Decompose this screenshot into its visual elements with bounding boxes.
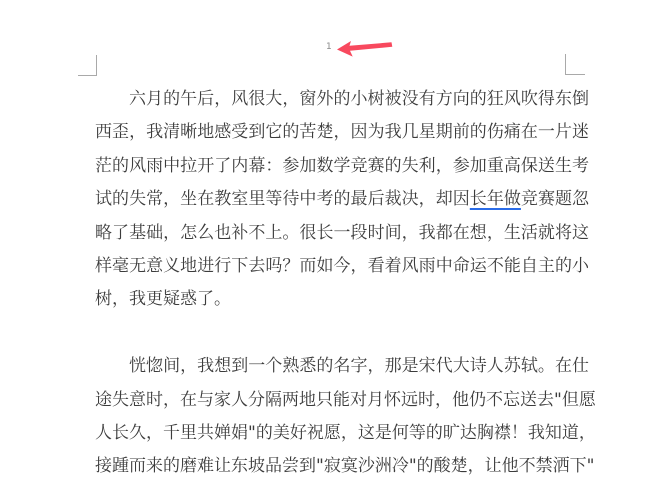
text-line[interactable]: 恍惚间，我想到一个熟悉的名字，那是宋代大诗人苏轼。在仕 bbox=[95, 350, 589, 383]
text-line[interactable]: 样毫无意义地进行下去吗？而如今，看着风雨中命运不能自主的小 bbox=[95, 250, 589, 283]
document-text-area[interactable]: 六月的午后，风很大，窗外的小树被没有方向的狂风吹得东倒 西歪，我清晰地感受到它的… bbox=[95, 83, 589, 484]
header-page-number: 1 bbox=[326, 42, 332, 52]
red-arrow-shape bbox=[337, 41, 392, 57]
margin-mark-top-right bbox=[565, 54, 585, 75]
red-arrow-icon bbox=[337, 40, 393, 57]
paragraph-1: 六月的午后，风很大，窗外的小树被没有方向的狂风吹得东倒 西歪，我清晰地感受到它的… bbox=[95, 83, 589, 317]
text-line[interactable]: 树，我更疑惑了。 bbox=[95, 283, 589, 316]
grammar-check-underlined-text[interactable]: 长年做 bbox=[470, 189, 521, 209]
text-line[interactable]: 茫的风雨中拉开了内幕：参加数学竞赛的失利，参加重高保送生考 bbox=[95, 150, 589, 183]
margin-mark-top-left bbox=[78, 55, 97, 76]
text-line[interactable]: 略了基础，怎么也补不上。很长一段时间，我都在想，生活就将这 bbox=[95, 217, 589, 250]
document-page: 1 六月的午后，风很大，窗外的小树被没有方向的狂风吹得东倒 西歪，我清晰地感受到… bbox=[0, 0, 664, 488]
text-segment: 试的失常，坐在教室里等待中考的最后裁决，却因 bbox=[95, 189, 470, 209]
text-line[interactable]: 途失意时，在与家人分隔两地只能对月怀远时，他仍不忘送去"但愿 bbox=[95, 384, 589, 417]
text-line[interactable]: 试的失常，坐在教室里等待中考的最后裁决，却因长年做竞赛题忽 bbox=[95, 183, 589, 216]
text-line[interactable]: 六月的午后，风很大，窗外的小树被没有方向的狂风吹得东倒 bbox=[95, 83, 589, 116]
text-line[interactable]: 接踵而来的磨难让东坡品尝到"寂寞沙洲冷"的酸楚，让他不禁洒下" bbox=[95, 450, 589, 483]
text-line[interactable]: 西歪，我清晰地感受到它的苦楚，因为我几星期前的伤痛在一片迷 bbox=[95, 116, 589, 149]
text-line[interactable]: 人长久，千里共婵娟"的美好祝愿，这是何等的旷达胸襟！我知道， bbox=[95, 417, 589, 450]
paragraph-2: 恍惚间，我想到一个熟悉的名字，那是宋代大诗人苏轼。在仕 途失意时，在与家人分隔两… bbox=[95, 350, 589, 484]
text-segment: 竞赛题忽 bbox=[521, 189, 589, 209]
